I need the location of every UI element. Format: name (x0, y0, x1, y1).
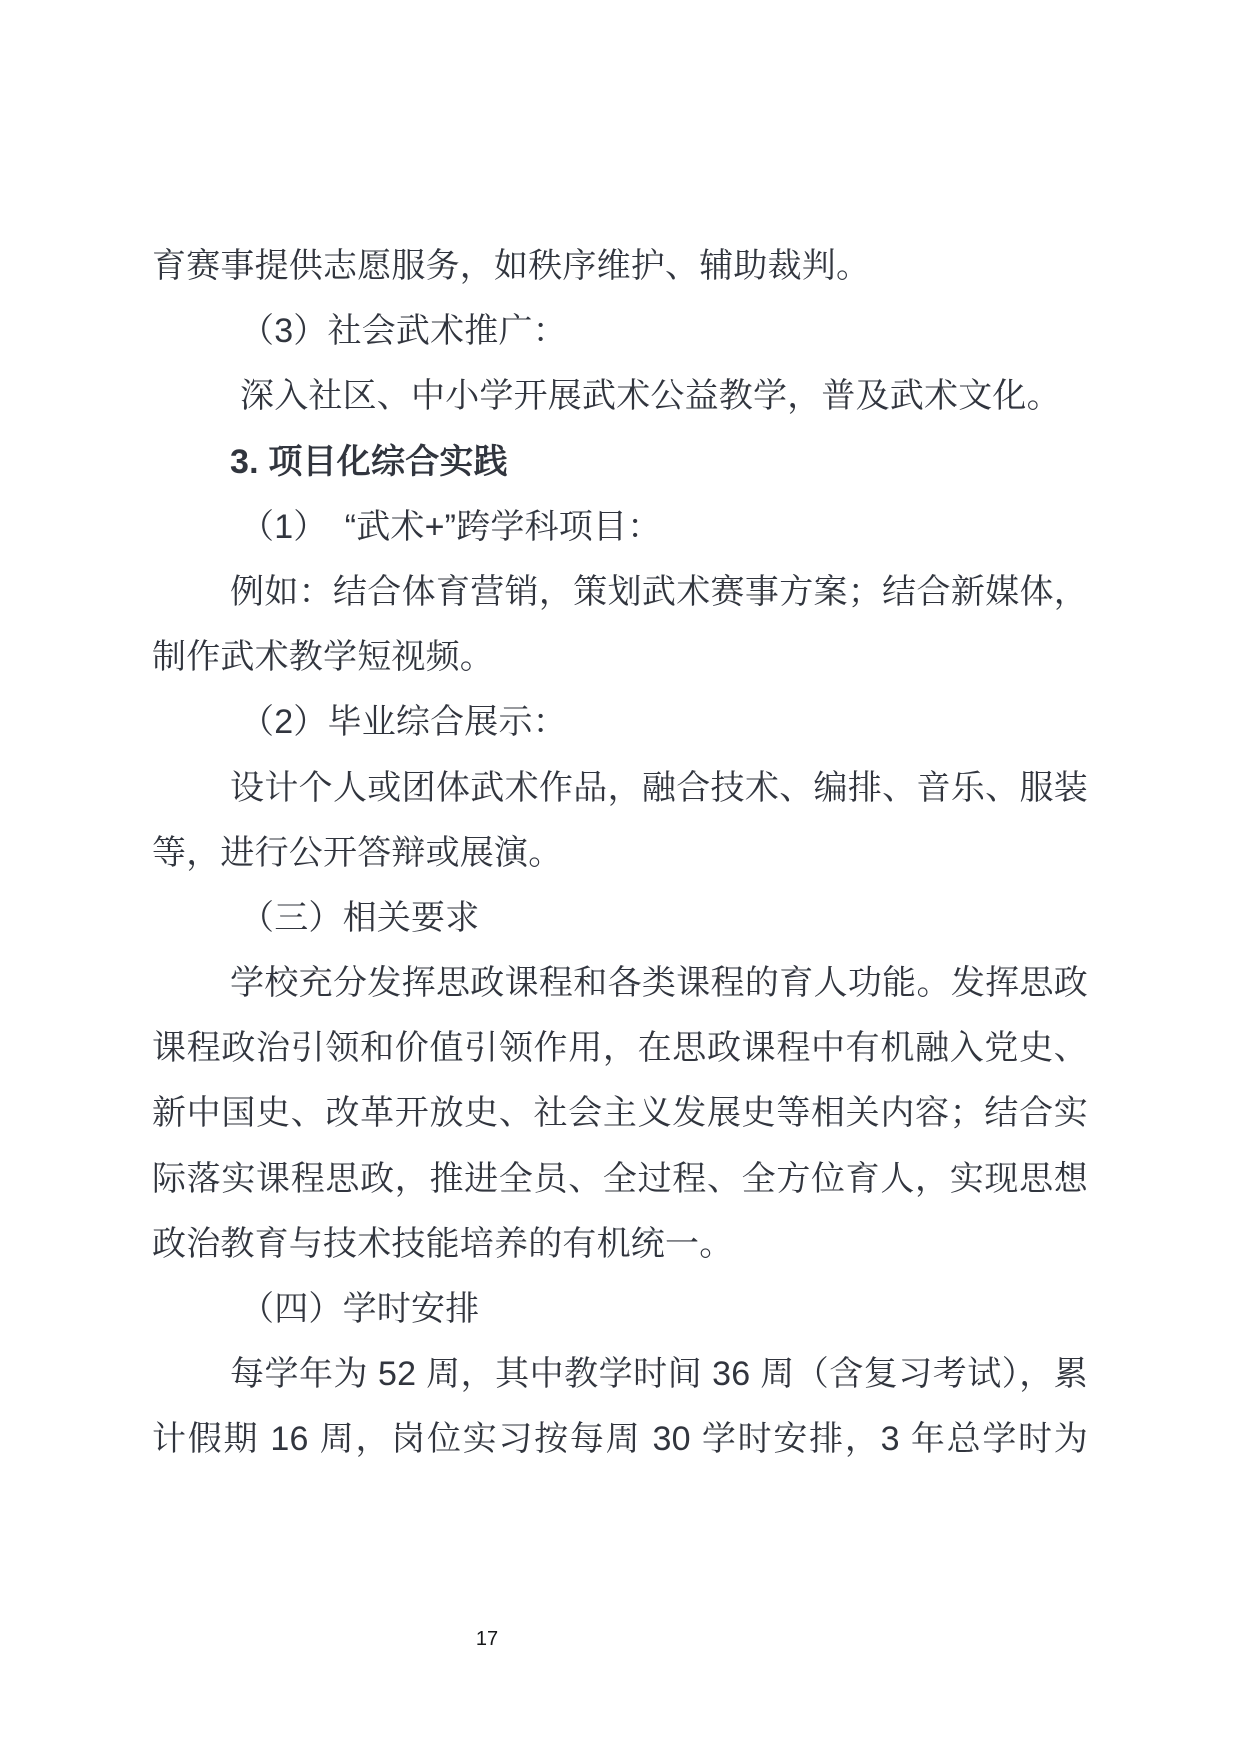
text-line: 育赛事提供志愿服务，如秩序维护、辅助裁判。 (152, 234, 1088, 299)
text-line: 新中国史、改革开放史、社会主义发展史等相关内容；结合实 (152, 1081, 1088, 1146)
text-line: 例如：结合体育营销，策划武术赛事方案；结合新媒体， (152, 560, 1088, 625)
text-line: 深入社区、中小学开展武术公益教学，普及武术文化。 (152, 364, 1088, 429)
text-line: 学校充分发挥思政课程和各类课程的育人功能。发挥思政 (152, 951, 1088, 1016)
list-item-2: （2）毕业综合展示： (152, 690, 1088, 755)
section-heading-3: 3. 项目化综合实践 (152, 430, 1088, 495)
text-line: 设计个人或团体武术作品，融合技术、编排、音乐、服装 (152, 756, 1088, 821)
text-line: 计假期 16 周，岗位实习按每周 30 学时安排，3 年总学时为 (152, 1407, 1088, 1472)
text-line: 等，进行公开答辩或展演。 (152, 821, 1088, 886)
section-heading-si: （四）学时安排 (152, 1277, 1088, 1342)
document-body: 育赛事提供志愿服务，如秩序维护、辅助裁判。 （3）社会武术推广： 深入社区、中小… (152, 234, 1088, 1473)
list-item-1: （1） “武术+”跨学科项目： (152, 495, 1088, 560)
text-line: 政治教育与技术技能培养的有机统一。 (152, 1212, 1088, 1277)
text-line: 制作武术教学短视频。 (152, 625, 1088, 690)
section-heading-san: （三）相关要求 (152, 886, 1088, 951)
text-line: 课程政治引领和价值引领作用，在思政课程中有机融入党史、 (152, 1016, 1088, 1081)
page-number: 17 (437, 1626, 537, 1652)
list-item-3: （3）社会武术推广： (152, 299, 1088, 364)
text-line: 每学年为 52 周，其中教学时间 36 周（含复习考试），累 (152, 1342, 1088, 1407)
document-page: 育赛事提供志愿服务，如秩序维护、辅助裁判。 （3）社会武术推广： 深入社区、中小… (0, 0, 1240, 1754)
text-line: 际落实课程思政，推进全员、全过程、全方位育人，实现思想 (152, 1147, 1088, 1212)
